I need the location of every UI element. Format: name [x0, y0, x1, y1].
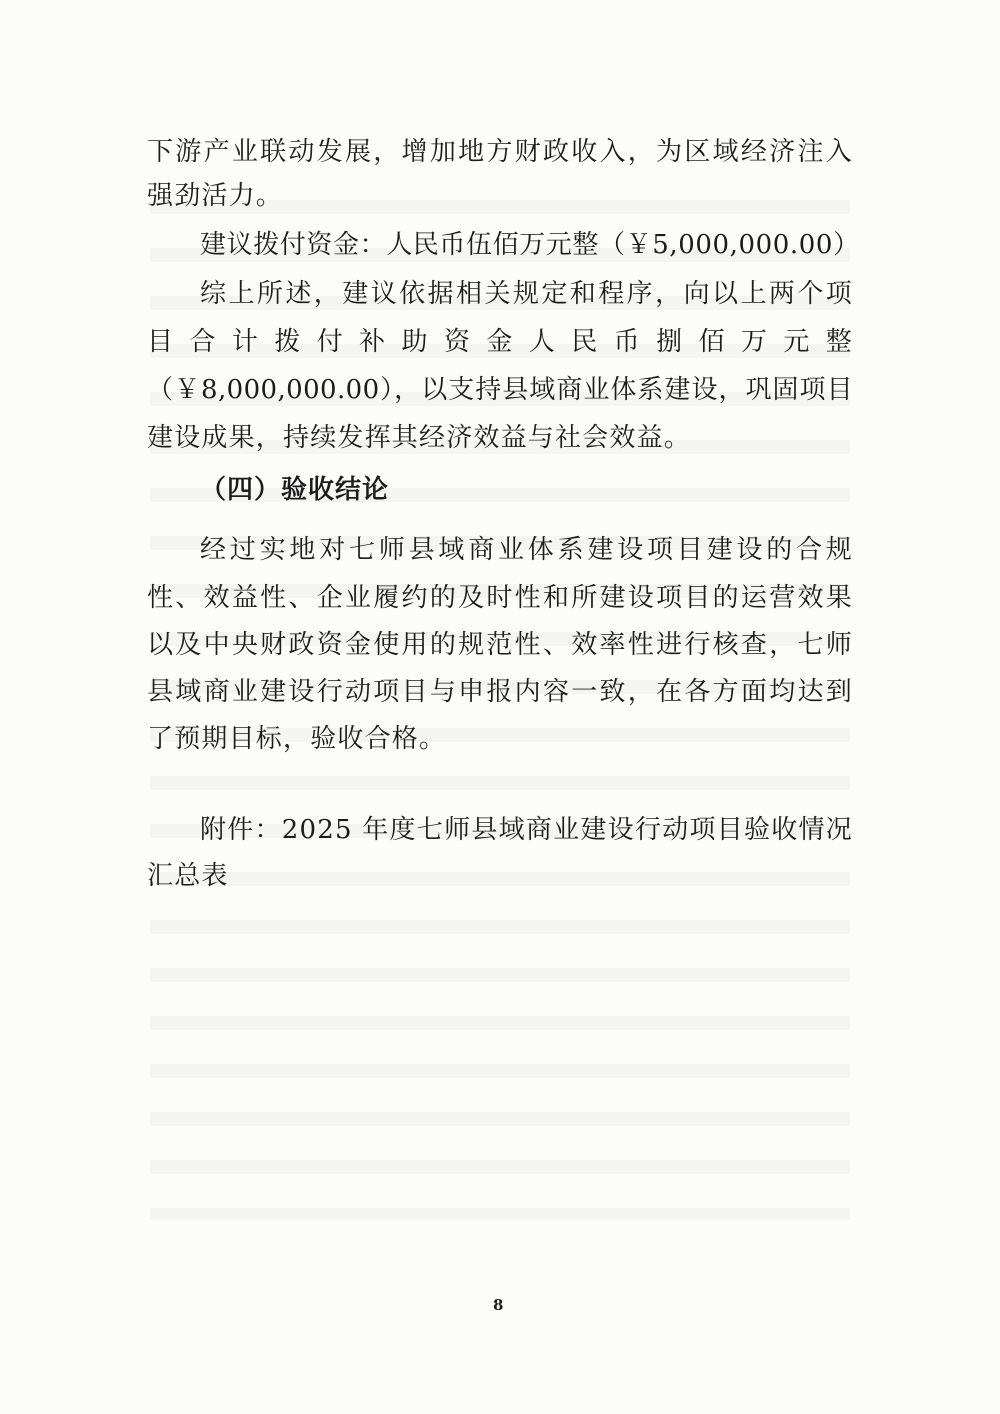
attachment-line: 汇总表	[147, 860, 853, 892]
paragraph-line: 下游产业联动发展，增加地方财政收入，为区域经济注入	[147, 136, 853, 168]
section-heading: （四）验收结论	[200, 474, 389, 506]
conclusion-line: 了预期目标，验收合格。	[147, 723, 853, 755]
document-page: 下游产业联动发展，增加地方财政收入，为区域经济注入 强劲活力。 建议拨付资金：人…	[0, 0, 1000, 1414]
page-number: 8	[493, 1296, 503, 1314]
paragraph-line: 目合计拨付补助资金人民币捌佰万元整	[147, 326, 853, 358]
attachment-line: 附件：2025 年度七师县域商业建设行动项目验收情况	[200, 814, 853, 846]
funding-amount-line: 建议拨付资金：人民币伍佰万元整（￥5,000,000.00）	[200, 229, 853, 261]
conclusion-line: 县域商业建设行动项目与申报内容一致，在各方面均达到	[147, 676, 853, 708]
conclusion-line: 经过实地对七师县域商业体系建设项目建设的合规	[200, 534, 853, 566]
conclusion-line: 以及中央财政资金使用的规范性、效率性进行核查，七师	[147, 629, 853, 661]
paragraph-line: 强劲活力。	[147, 180, 853, 212]
paragraph-line: 综上所述，建议依据相关规定和程序，向以上两个项	[200, 278, 853, 310]
paragraph-line: 建设成果，持续发挥其经济效益与社会效益。	[147, 422, 853, 454]
total-amount-line: （￥8,000,000.00），以支持县域商业体系建设，巩固项目	[147, 374, 853, 406]
conclusion-line: 性、效益性、企业履约的及时性和所建设项目的运营效果	[147, 582, 853, 614]
